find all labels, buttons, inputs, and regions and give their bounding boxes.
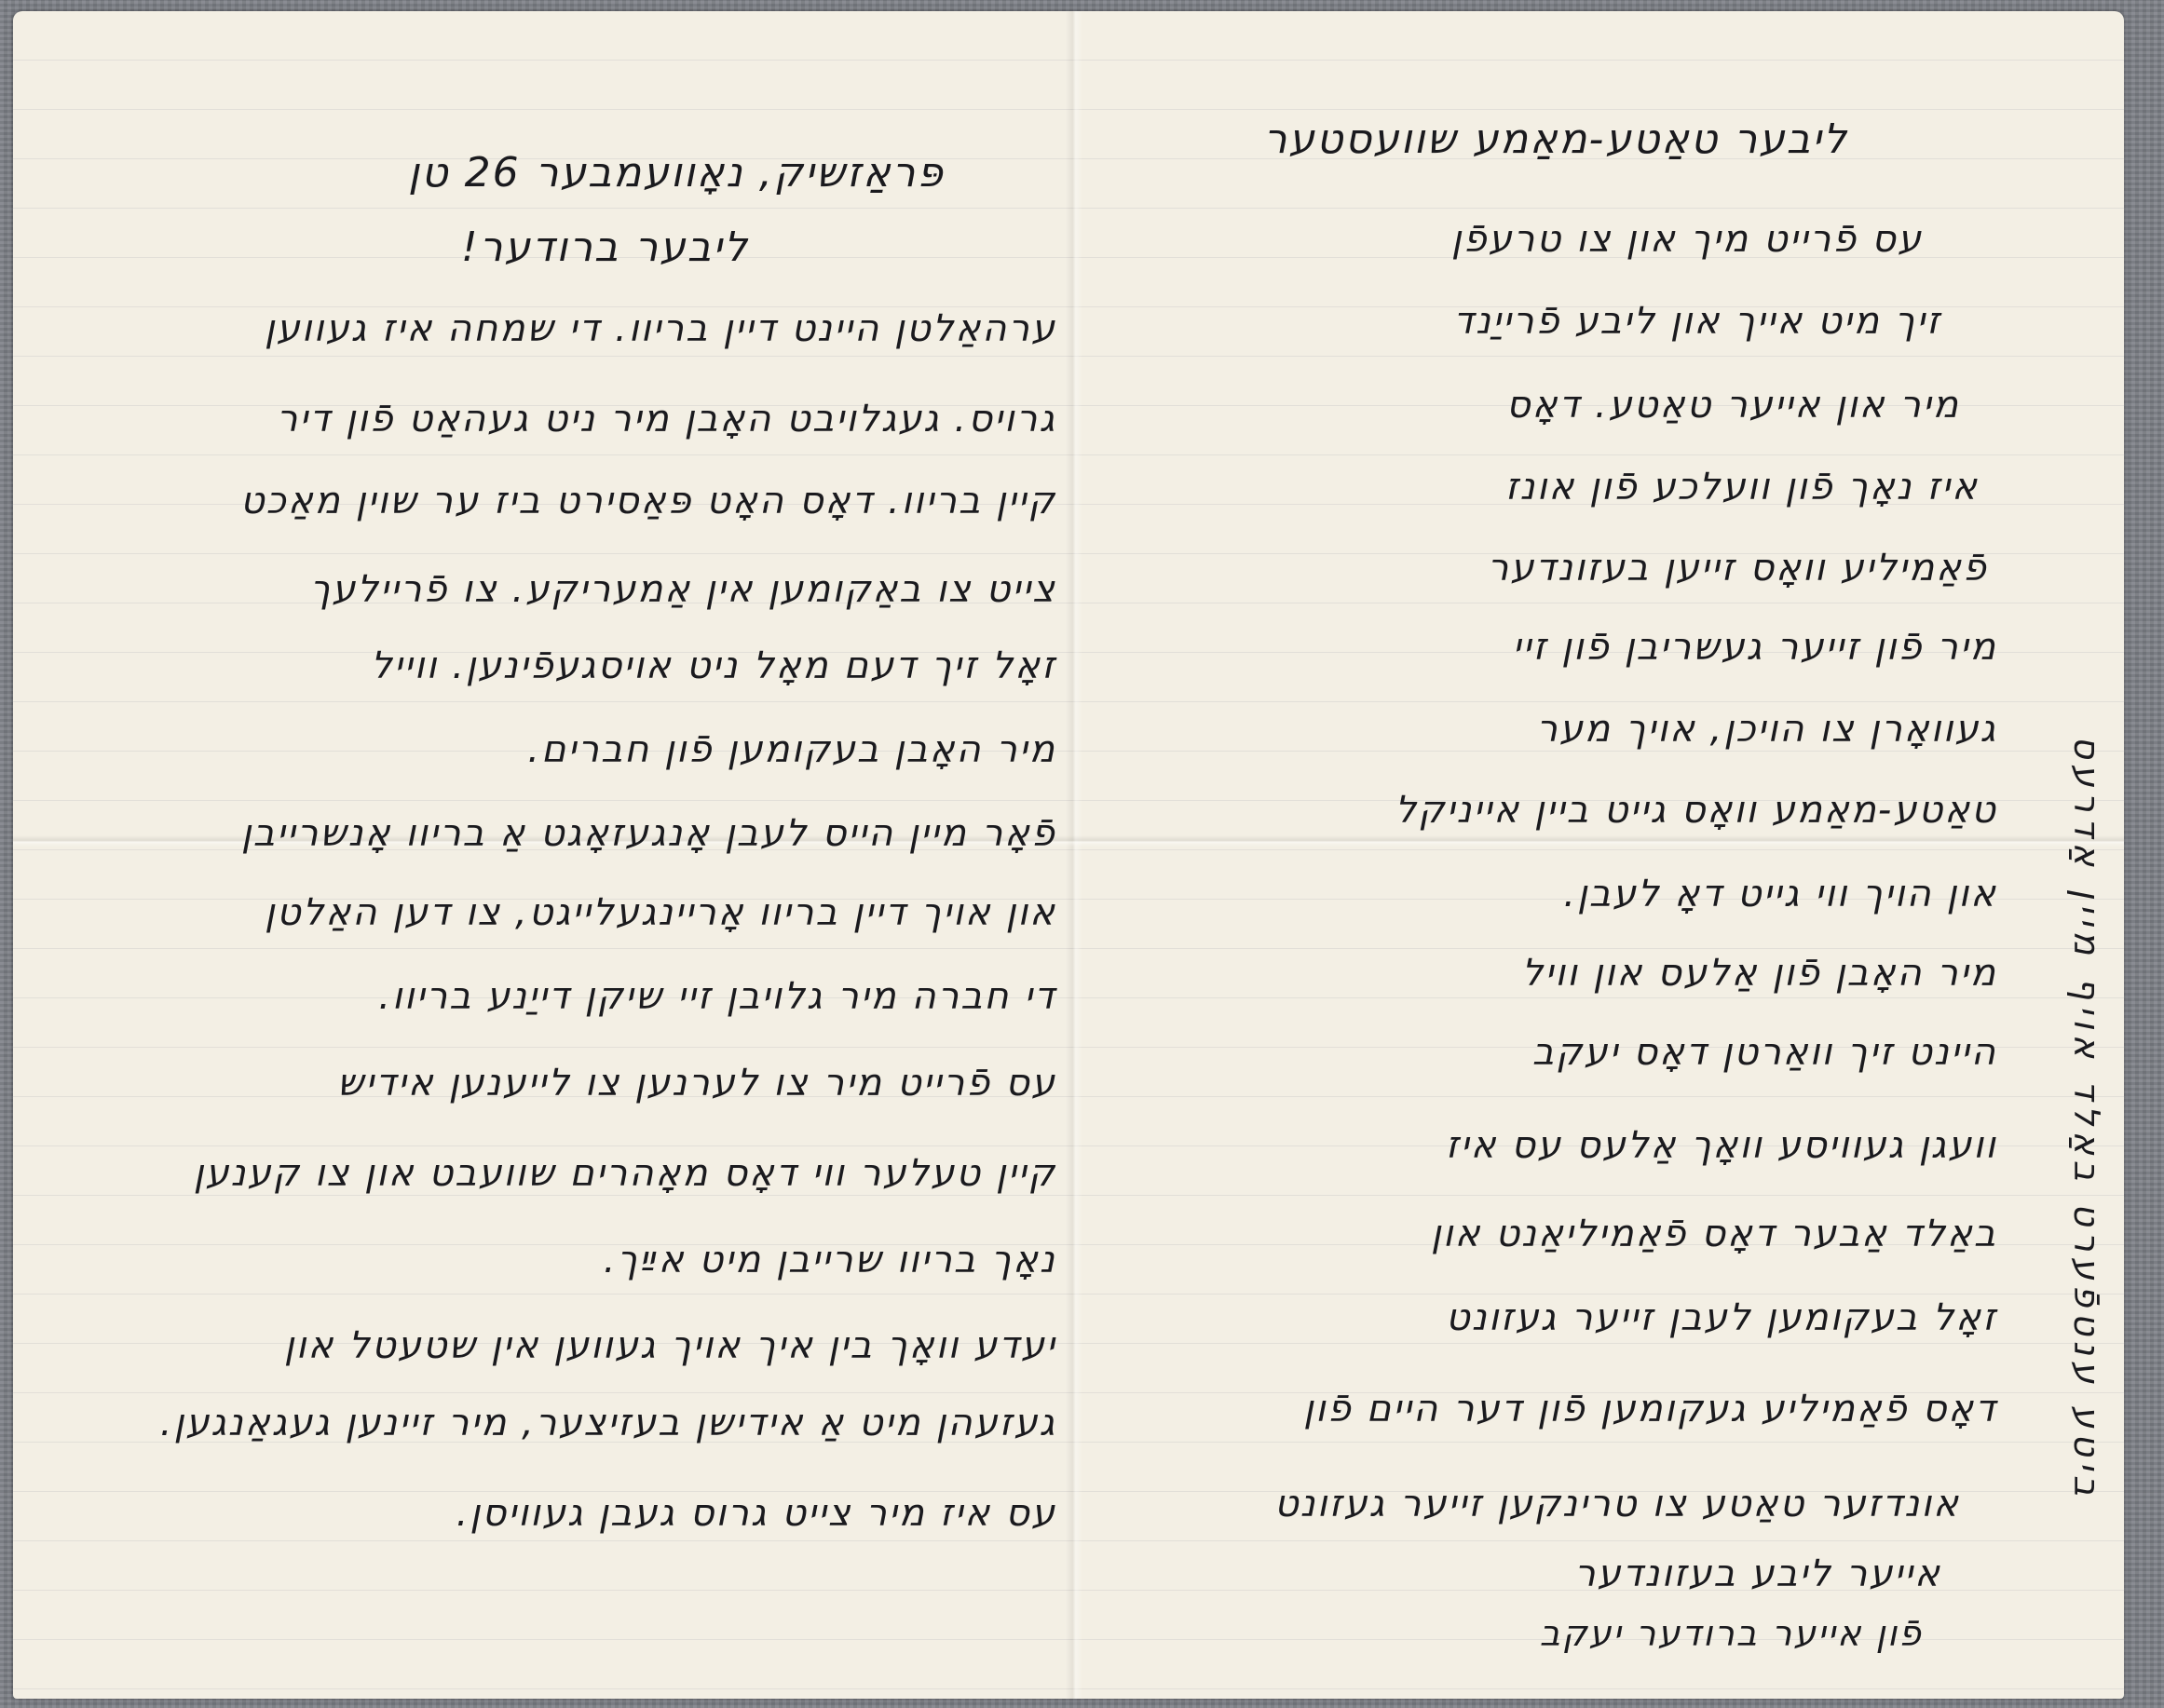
right-line-14: זאָל בעקומען לעבן זייער געזונט	[1446, 1296, 1997, 1339]
right-line-5: פֿאַמיליע וואָס זייען בעזונדער	[1488, 547, 1988, 590]
right-line-15: דאָס פֿאַמיליע געקומען פֿון דער היים פֿו…	[1303, 1388, 1997, 1430]
left-line-9: די חברה מיר גלויבן זיי שיקן דייַנע בריוו…	[378, 975, 1056, 1018]
left-line-13: יעדע וואָך בין איך אויך געווען אין שטעטל…	[284, 1324, 1056, 1367]
right-line-16: אונדזער טאַטע צו טרינקען זייער געזונט	[1274, 1483, 1960, 1525]
left-line-4: צייט צו באַקומען אין אַמעריקע. צו פֿרייל…	[310, 568, 1056, 611]
left-line-8: און אויך דיין בריוו אָריינגעלייגט, צו דע…	[265, 891, 1056, 934]
right-line-10: מיר האָבן פֿון אַלעס און וויל	[1522, 952, 1997, 995]
right-line-4: איז נאָך פֿון וועלכע פֿון אונז	[1505, 466, 1979, 508]
right-line-1: עס פֿרייט מיך און צו טרעפֿן	[1451, 218, 1923, 261]
left-line-7: פֿאָר מיין הייס לעבן אָנגעזאָגט אַ בריוו…	[241, 812, 1056, 855]
right-line-13: באַלד אַבער דאָס פֿאַמיליאַנט און	[1431, 1213, 1997, 1255]
vertical-fold	[1066, 11, 1082, 1699]
right-line-8: טאַטע-מאַמע וואָס גייט ביין אייניקל	[1395, 789, 1997, 832]
left-line-15: עס איז מיר צייט גרוס געבן געוויסן.	[456, 1492, 1056, 1535]
left-line-2: גרויס. געגלויבט האָבן מיר ניט געהאַט פֿו…	[277, 398, 1056, 441]
letter-salutation: ליבער ברודער!	[461, 224, 749, 271]
right-line-6: מיר פֿון זייער געשריבן פֿון זיי	[1513, 626, 1997, 669]
left-line-11: קיין טעלער ווי דאָס מאָהרים שוועבט און צ…	[194, 1152, 1056, 1195]
left-line-12: נאָך בריוו שרייבן מיט אײַך.	[604, 1239, 1056, 1281]
left-line-10: עס פֿרייט מיר צו לערנען צו לייענען אידיש	[337, 1062, 1056, 1105]
right-line-9: און הויך ווי גייט דאָ לעבן.	[1563, 873, 1997, 915]
right-line-17: אייער ליבע בעזונדער	[1574, 1552, 1941, 1595]
right-line-11: היינט זיך וואַרטן דאָס יעקב	[1532, 1031, 1997, 1074]
right-heading: ליבער טאַטע-מאַמע שוועסטער	[1264, 115, 1848, 163]
right-line-2: זיך מיט אייך און ליבע פֿרייַנד	[1453, 300, 1941, 343]
letter-heading-date: פּראַזשיק, נאָוועמבער 26 טן	[408, 149, 945, 197]
margin-note: ביטע ענטפֿערט באַלד אויף מיין אַדרעס	[2033, 48, 2107, 1501]
right-page: ליבער טאַטע-מאַמע שוועסטער עס פֿרייט מיך…	[1103, 11, 1997, 1699]
left-line-6: מיר האָבן בעקומען פֿון חברים.	[527, 728, 1056, 771]
right-line-7: געוואָרן צו הויכן, אויך מער	[1536, 708, 1997, 751]
left-line-14: געזעהן מיט אַ אידישן בעזיצער, מיר זיינען…	[160, 1402, 1056, 1444]
left-page: פּראַזשיק, נאָוועמבער 26 טן ליבער ברודער…	[69, 11, 1056, 1699]
left-line-3: קיין בריוו. דאָס האָט פּאַסירט ביז ער שו…	[240, 480, 1056, 522]
right-line-12: וועגן געוויסע וואָך אַלעס עס איז	[1446, 1124, 1997, 1167]
right-line-3: מיר און אייער טאַטע. דאָס	[1506, 384, 1960, 427]
left-line-1: ערהאַלטן היינט דיין בריוו. די שמחה איז ג…	[265, 307, 1056, 350]
letter-sheet: פּראַזשיק, נאָוועמבער 26 טן ליבער ברודער…	[13, 11, 2124, 1699]
left-line-5: זאָל זיך דעם מאָל ניט אויסגעפֿינען. וויי…	[371, 644, 1056, 687]
signature: פֿון אייער ברודער יעקב	[1540, 1613, 1923, 1654]
